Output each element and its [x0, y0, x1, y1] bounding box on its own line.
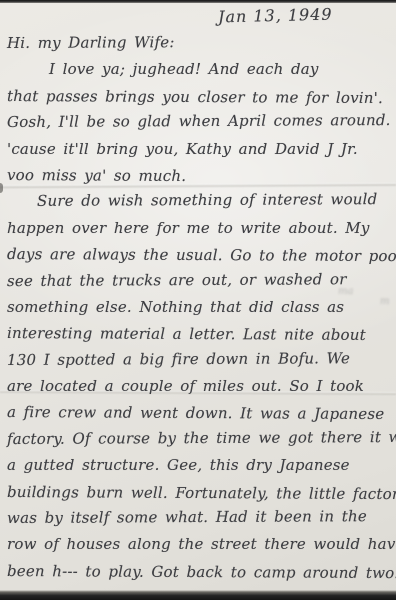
letter-line: 130 I spotted a big fire down in Bofu. W… [7, 345, 396, 373]
letter-line: been h--- to play. Got back to camp arou… [7, 558, 396, 586]
letter-line: happen over here for me to write about. … [7, 215, 396, 241]
letter-line: row of houses along the street there wou… [7, 531, 396, 557]
letter-line: are located a couple of miles out. So I … [7, 373, 396, 399]
letter-date: Jan 13, 1949 [218, 5, 333, 27]
letter-line: a gutted structure. Gee, this dry Japane… [7, 452, 396, 478]
paper-edge-nick [0, 183, 3, 193]
scanned-letter-page: ma m Jan 13, 1949 Hi. my Darling Wife:I … [0, 0, 396, 600]
letter-line: factory. Of course by the time we got th… [7, 424, 396, 452]
letter-body: Hi. my Darling Wife:I love ya; jughead! … [7, 30, 396, 584]
letter-line: Hi. my Darling Wife: [7, 28, 396, 56]
letter-line: see that the trucks are out, or washed o… [7, 265, 396, 293]
scan-edge-top [0, 0, 396, 3]
letter-line: Gosh, I'll be so glad when April comes a… [7, 107, 396, 135]
letter-line: I love ya; jughead! And each day [7, 56, 396, 82]
letter-line: was by itself some what. Had it been in … [7, 503, 396, 531]
letter-line: something else. Nothing that did class a… [7, 294, 396, 320]
letter-line: Sure do wish something of interest would [7, 186, 396, 214]
scan-edge-bottom [0, 590, 396, 600]
letter-line: 'cause it'll bring you, Kathy and David … [7, 136, 396, 162]
